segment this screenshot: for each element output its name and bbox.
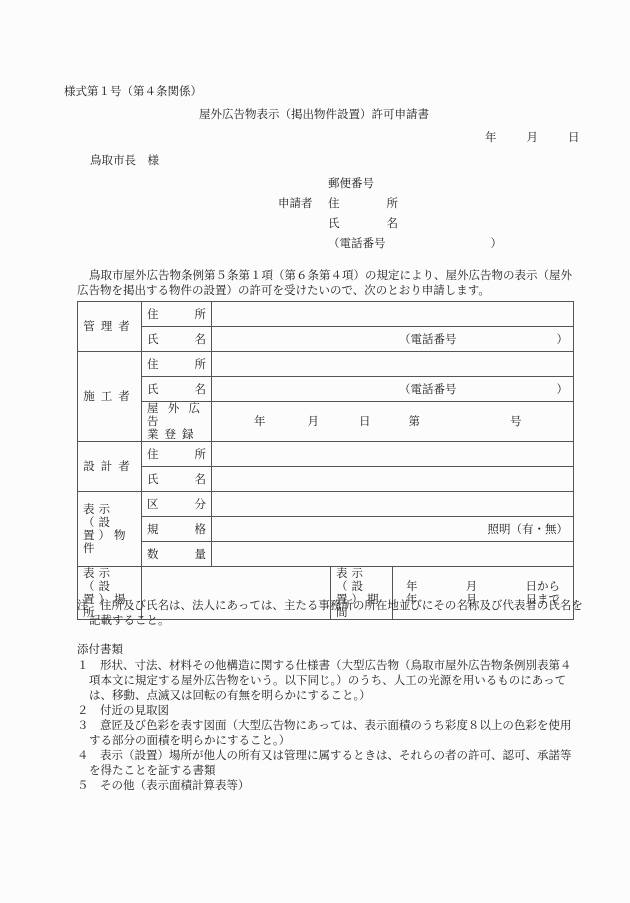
object-label: 表示（設置）物件 — [78, 492, 142, 567]
contractor-address-row: 施工者 住所 — [78, 352, 574, 377]
body-text: 鳥取市屋外広告物条例第５条第１項（第６条第４項）の規定により、屋外広告物の表示（… — [77, 268, 577, 298]
form-number: 様式第１号（第４条関係） — [64, 84, 202, 98]
object-spec-field[interactable]: 照明（有・無） — [212, 517, 574, 542]
registration-field[interactable]: 年月日第号 — [212, 402, 574, 442]
applicant-block: 郵便番号 申請者 住所 氏名 （電話番号） — [278, 176, 502, 256]
contractor-address-field[interactable] — [212, 352, 574, 377]
address-label: 住所 — [328, 196, 398, 216]
note: 注 住所及び氏名は、法人にあっては、主たる事務所の所在地並びにその名称及び代表者… — [77, 598, 589, 628]
attachment-item: ３ 意匠及び色彩を表す図面（大型広告物にあっては、表示面積のうち彩度８以上の色彩… — [77, 718, 577, 748]
designer-address-field[interactable] — [212, 442, 574, 467]
attachment-item: ４ 表示（設置）場所が他人の所有又は管理に属するときは、それらの者の許可、認可、… — [77, 748, 577, 778]
date-year: 年 — [485, 130, 497, 144]
manager-label: 管理者 — [78, 302, 142, 352]
designer-label: 設計者 — [78, 442, 142, 492]
contractor-label: 施工者 — [78, 352, 142, 442]
page-title: 屋外広告物表示（掲出物件設置）許可申請書 — [199, 107, 429, 121]
attachment-item: １ 形状、寸法、材料その他構造に関する仕様書（大型広告物（鳥取市屋外広告物条例別… — [77, 658, 577, 703]
addressee: 鳥取市長 様 — [90, 153, 159, 167]
application-date: 年月日 — [485, 130, 580, 144]
designer-name-field[interactable] — [212, 467, 574, 492]
object-quantity-field[interactable] — [212, 542, 574, 567]
contractor-name-row: 氏名 （電話番号） — [78, 377, 574, 402]
date-day: 日 — [568, 130, 580, 144]
manager-address-row: 管理者 住所 — [78, 302, 574, 327]
contractor-registration-row: 屋外広告業登録 年月日第号 — [78, 402, 574, 442]
attachment-item: ５ その他（表示面積計算表等） — [77, 778, 577, 793]
manager-name-row: 氏名 （電話番号） — [78, 327, 574, 352]
contractor-name-field[interactable]: （電話番号） — [212, 377, 574, 402]
application-table: 管理者 住所 氏名 （電話番号） 施工者 住所 氏名 （電話番号） 屋外広告業登… — [77, 301, 574, 620]
designer-name-row: 氏名 — [78, 467, 574, 492]
applicant-label: 申請者 — [278, 196, 328, 216]
object-spec-row: 規格 照明（有・無） — [78, 517, 574, 542]
registration-label: 屋外広告業登録 — [142, 402, 212, 442]
manager-name-field[interactable]: （電話番号） — [212, 327, 574, 352]
object-category-field[interactable] — [212, 492, 574, 517]
phone-label: （電話番号） — [328, 236, 502, 256]
illumination-option[interactable]: 照明（有・無） — [488, 522, 569, 536]
object-category-row: 表示（設置）物件 区分 — [78, 492, 574, 517]
date-month: 月 — [527, 130, 539, 144]
object-quantity-row: 数量 — [78, 542, 574, 567]
attachment-item: ２ 付近の見取図 — [77, 703, 577, 718]
manager-address-field[interactable] — [212, 302, 574, 327]
name-label: 氏名 — [328, 216, 398, 236]
postal-code-label: 郵便番号 — [328, 176, 374, 196]
designer-address-row: 設計者 住所 — [78, 442, 574, 467]
attachments-list: １ 形状、寸法、材料その他構造に関する仕様書（大型広告物（鳥取市屋外広告物条例別… — [77, 658, 577, 793]
attachments-heading: 添付書類 — [77, 642, 123, 656]
